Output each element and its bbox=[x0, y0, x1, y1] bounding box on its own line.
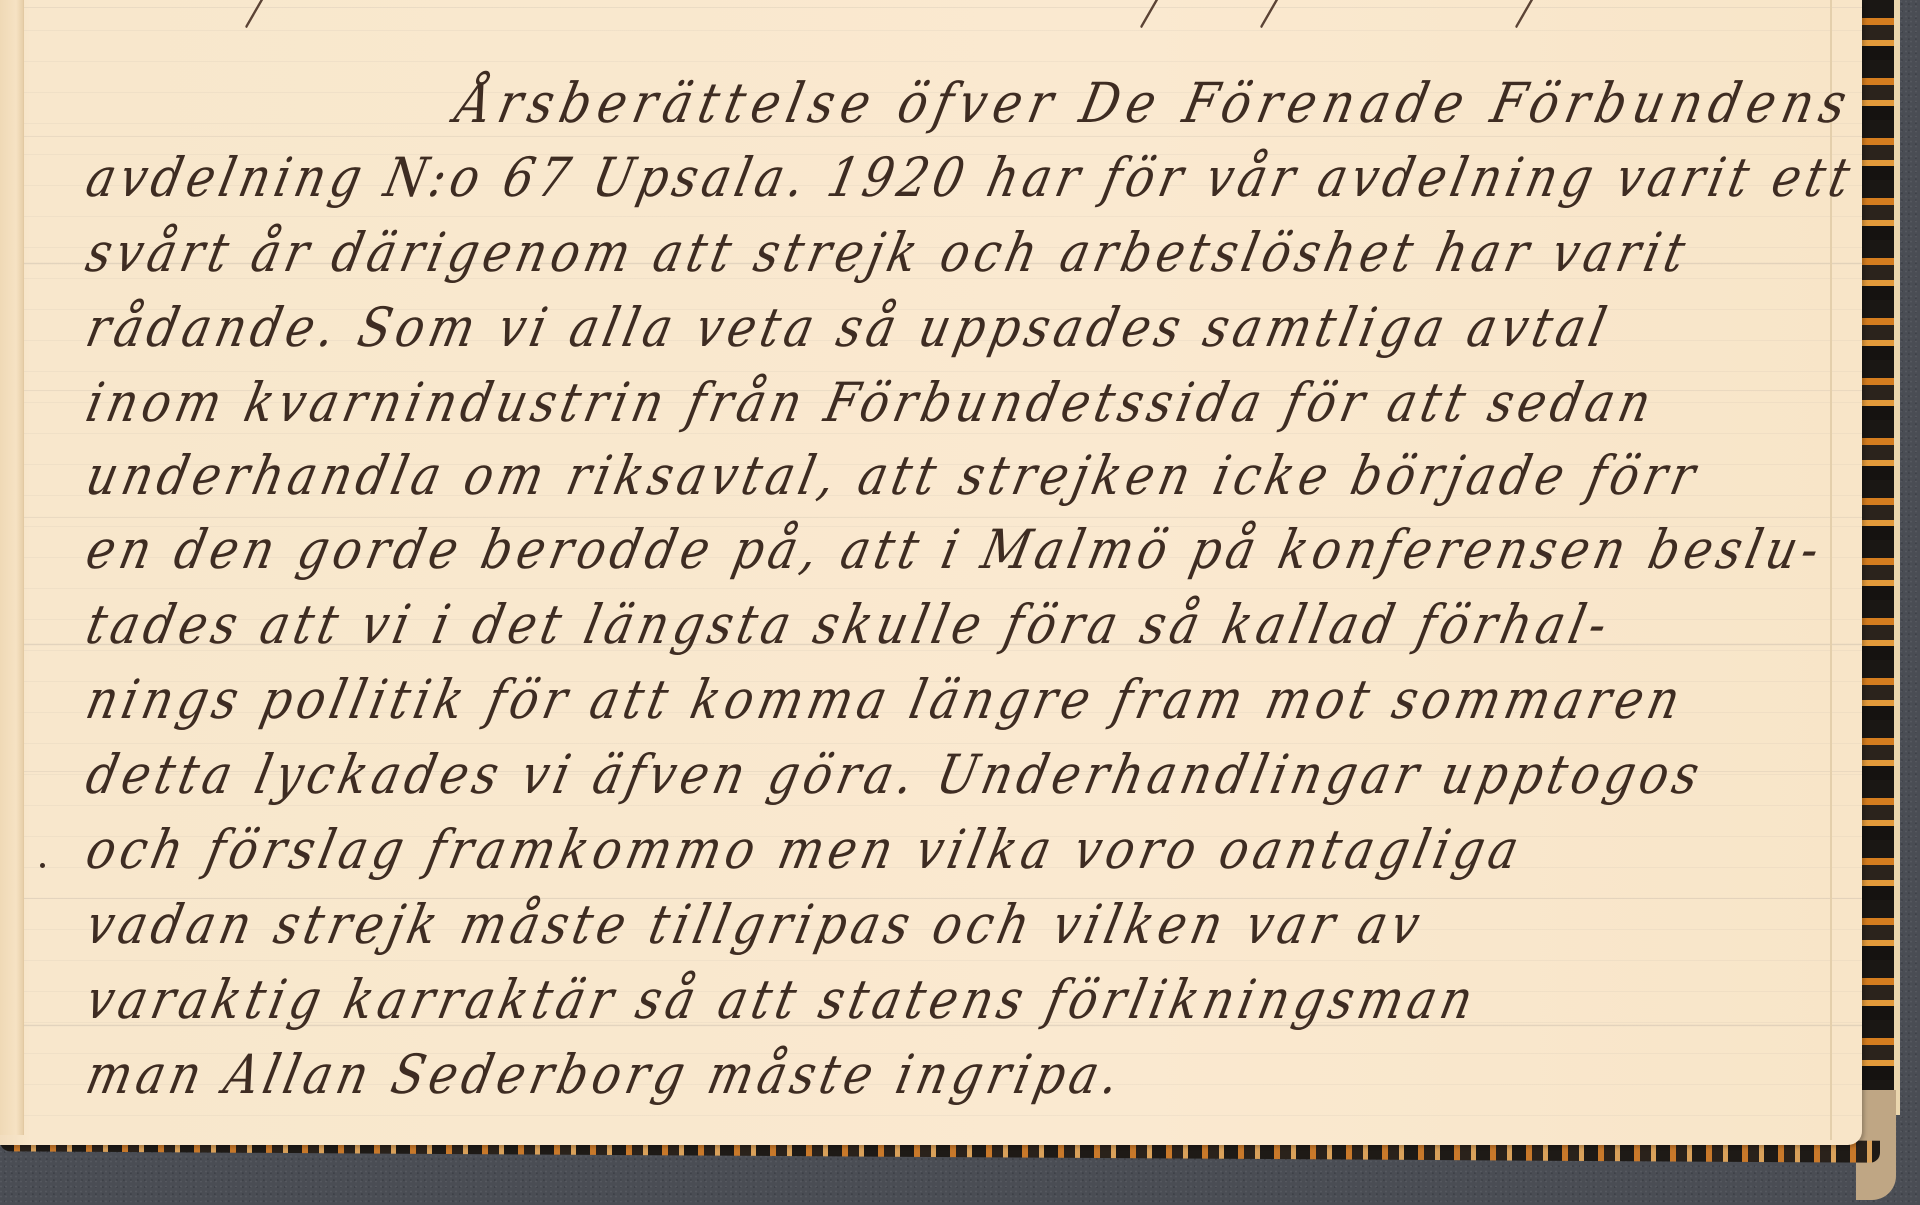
notebook-page: Årsberättelse öfver De Förenade Förbunde… bbox=[0, 0, 1862, 1145]
scanned-notebook-scene: Årsberättelse öfver De Förenade Förbunde… bbox=[0, 0, 1920, 1205]
text-line: inom kvarnindustrin från Förbundetssida … bbox=[80, 369, 1662, 438]
text-line: varaktig karraktär så att statens förlik… bbox=[80, 966, 1484, 1035]
page-gutter bbox=[0, 0, 24, 1135]
descender-stroke bbox=[1259, 0, 1287, 28]
descender-stroke bbox=[1514, 0, 1542, 28]
descender-stroke bbox=[244, 0, 272, 28]
text-line: svårt år därigenom att strejk och arbets… bbox=[80, 219, 1696, 288]
text-line: underhandla om riksavtal, att strejken i… bbox=[80, 442, 1706, 511]
text-line: detta lyckades vi äfven göra. Underhandl… bbox=[80, 741, 1710, 810]
text-line: och förslag framkommo men vilka voro oan… bbox=[80, 816, 1529, 885]
text-line: avdelning N:o 67 Upsala. 1920 har för vå… bbox=[80, 144, 1861, 213]
marbled-cover-edge-right bbox=[1858, 0, 1900, 1115]
text-line: en den gorde berodde på, att i Malmö på … bbox=[80, 516, 1830, 585]
text-line: man Allan Sederborg måste ingripa. bbox=[80, 1041, 1130, 1110]
ink-dot bbox=[40, 863, 45, 868]
text-line: nings pollitik för att komma längre fram… bbox=[80, 666, 1691, 735]
text-line: rådande. Som vi alla veta så uppsades sa… bbox=[80, 294, 1617, 363]
text-line-title: Årsberättelse öfver De Förenade Förbunde… bbox=[450, 69, 1859, 138]
text-line: tades att vi i det längsta skulle föra s… bbox=[80, 591, 1618, 660]
text-line: vadan strejk måste tillgripas och vilken… bbox=[80, 891, 1430, 960]
descender-stroke bbox=[1139, 0, 1167, 28]
previous-line-descenders bbox=[0, 0, 1860, 30]
